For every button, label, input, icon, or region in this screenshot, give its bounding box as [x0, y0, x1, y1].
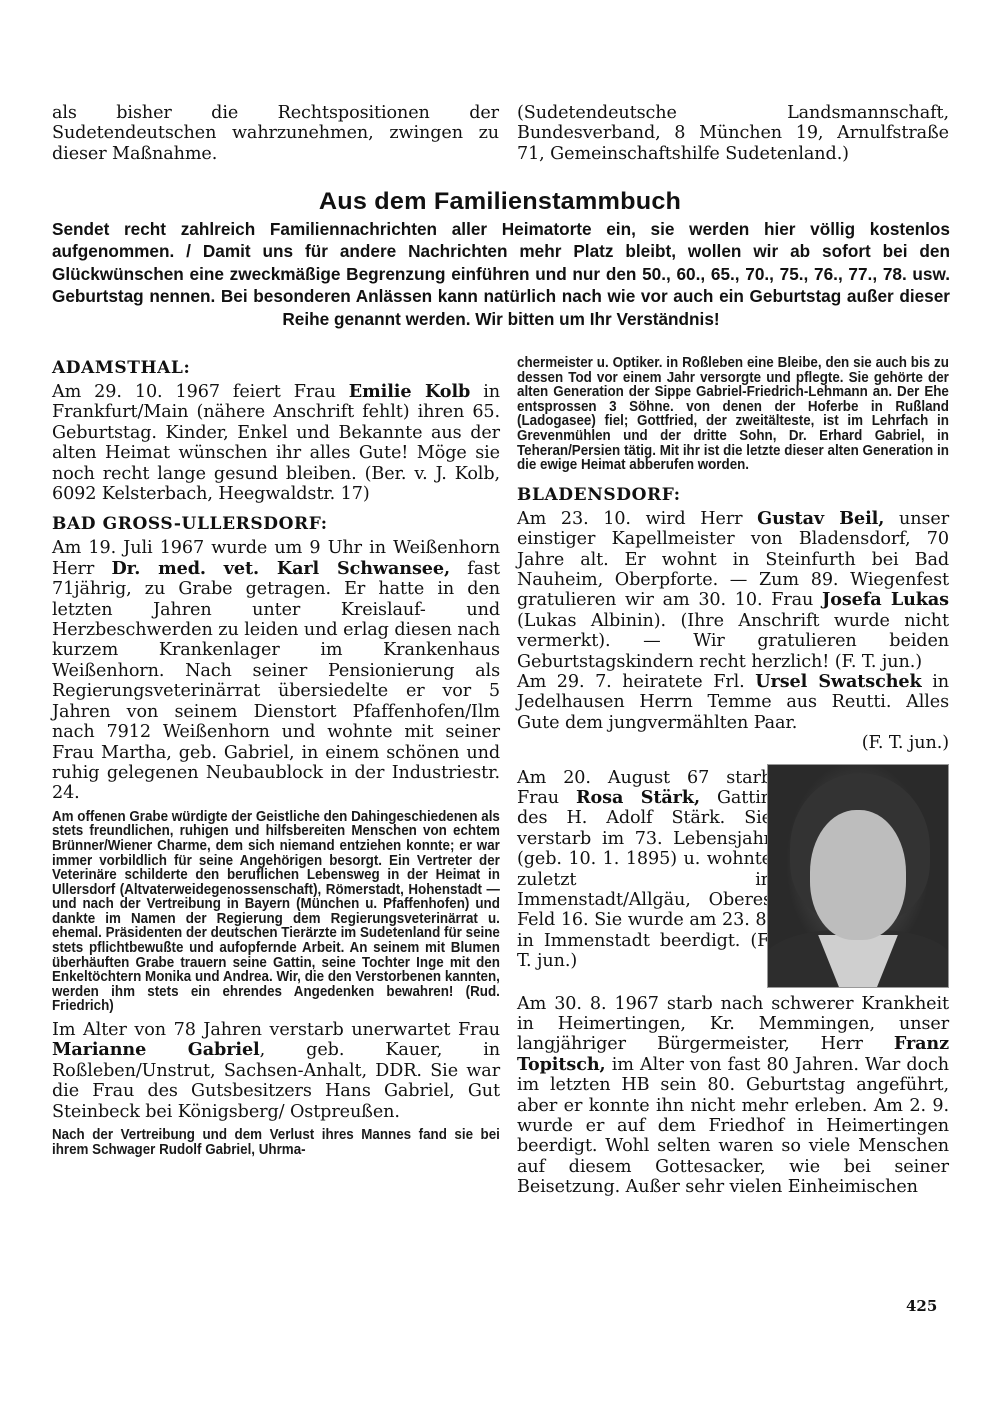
text: fast 71jährig, zu Grabe getragen. Er hat…	[52, 559, 500, 803]
person-name: Emilie Kolb	[349, 381, 470, 402]
heading-adamsthal: ADAMSTHAL:	[52, 358, 500, 378]
text: Gattin des H. Adolf Stärk. Sie verstarb …	[517, 788, 772, 971]
portrait-photo	[767, 764, 949, 988]
top-left-paragraph: als bisher die Rechtspositionen der Sude…	[52, 103, 499, 164]
adamsthal-entry: Am 29. 10. 1967 feiert Frau Emilie Kolb …	[52, 382, 500, 504]
gabriel-continuation-2: chermeister u. Optiker. in Roßleben eine…	[517, 356, 949, 473]
top-right-paragraph: (Sudetendeutsche Landsmannschaft, Bundes…	[517, 103, 949, 164]
topitsch-entry: Am 30. 8. 1967 starb nach schwerer Krank…	[517, 994, 949, 1198]
section-title: Aus dem Familienstammbuch	[0, 188, 1000, 216]
person-name: Marianne Gabriel	[52, 1039, 260, 1060]
heading-bladensdorf: BLADENSDORF:	[517, 485, 949, 505]
text: Im Alter von 78 Jahren verstarb unerwart…	[52, 1020, 500, 1040]
schwansee-entry: Am 19. Juli 1967 wurde um 9 Uhr in Weiße…	[52, 538, 500, 803]
person-name: Gustav Beil,	[757, 508, 884, 529]
text: im Alter von fast 80 Jahren. War doch im…	[517, 1055, 949, 1197]
text: (Lukas Albinin). (Ihre Anschrift wurde n…	[517, 611, 949, 672]
right-column: chermeister u. Optiker. in Roßleben eine…	[517, 356, 949, 1198]
signature: (F. T. jun.)	[517, 733, 949, 753]
beil-lukas-entry: Am 23. 10. wird Herr Gustav Beil, unser …	[517, 509, 949, 672]
spacer	[52, 504, 500, 514]
heading-bad-gross-ullersdorf: BAD GROSS-ULLERSDORF:	[52, 514, 500, 534]
gabriel-continuation: Nach der Vertreibung und dem Verlust ihr…	[52, 1128, 500, 1157]
text: Am 29. 10. 1967 feiert Frau	[52, 382, 349, 402]
text: Am 23. 10. wird Herr	[517, 509, 757, 529]
intro-notice: Sendet recht zahlreich Familiennachricht…	[52, 218, 950, 330]
page-number: 425	[906, 1297, 937, 1315]
left-column: ADAMSTHAL: Am 29. 10. 1967 feiert Frau E…	[52, 358, 500, 1157]
top-left-text: als bisher die Rechtspositionen der Sude…	[52, 103, 499, 164]
photo-face	[810, 810, 906, 940]
swatschek-entry: Am 29. 7. heiratete Frl. Ursel Swatschek…	[517, 672, 949, 733]
spacer	[517, 473, 949, 485]
person-name: Rosa Stärk,	[576, 787, 700, 808]
text: Am 29. 7. heiratete Frl.	[517, 672, 755, 692]
person-name: Ursel Swatschek	[755, 671, 921, 692]
staerk-block: Am 20. August 67 starb Frau Rosa Stärk, …	[517, 768, 949, 988]
funeral-paragraph: Am offenen Grabe würdigte der Geistliche…	[52, 810, 500, 1014]
staerk-entry: Am 20. August 67 starb Frau Rosa Stärk, …	[517, 768, 772, 972]
person-name: Dr. med. vet. Karl Schwansee,	[112, 558, 450, 579]
text: Am 30. 8. 1967 starb nach schwerer Krank…	[517, 994, 949, 1055]
top-right-text: (Sudetendeutsche Landsmannschaft, Bundes…	[517, 103, 949, 164]
gabriel-entry: Im Alter von 78 Jahren verstarb unerwart…	[52, 1020, 500, 1122]
person-name: Josefa Lukas	[822, 589, 949, 610]
